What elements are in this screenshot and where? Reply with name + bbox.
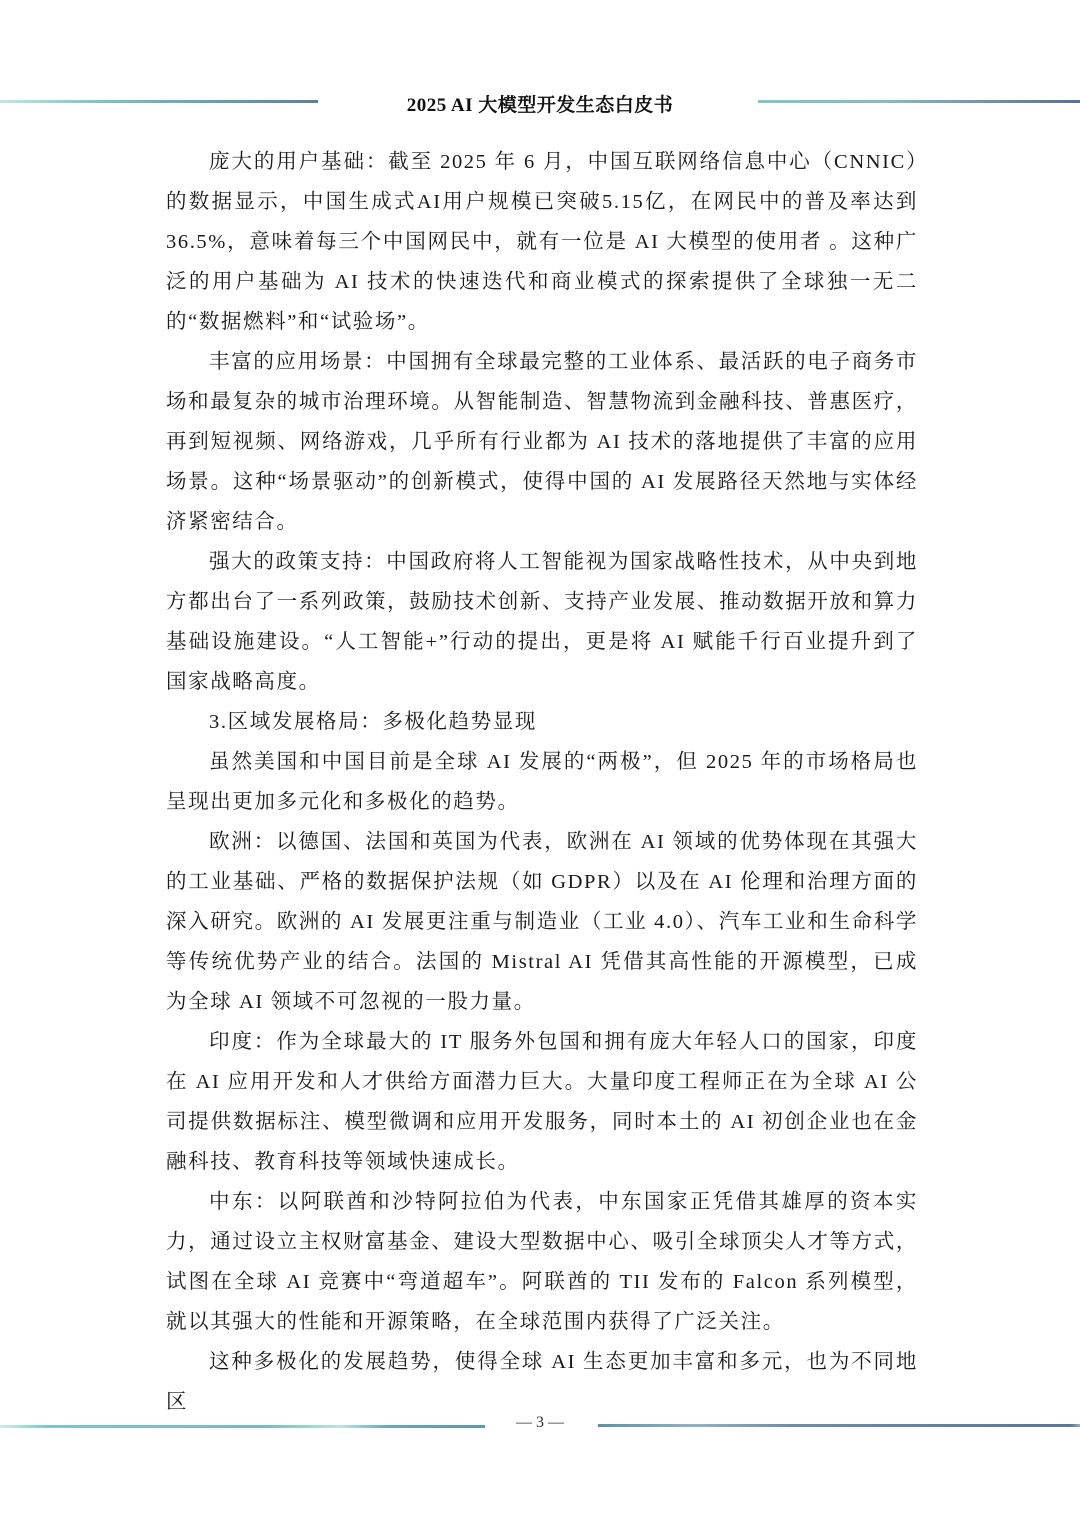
page-header-title: 2025 AI 大模型开发生态白皮书 [0,90,1080,117]
paragraph-multipolar-trend: 这种多极化的发展趋势，使得全球 AI 生态更加丰富和多元，也为不同地区 [166,1342,918,1422]
document-body: 庞大的用户基础：截至 2025 年 6 月，中国互联网络信息中心（CNNIC）的… [166,142,918,1422]
paragraph-multipolar-intro: 虽然美国和中国目前是全球 AI 发展的“两极”，但 2025 年的市场格局也呈现… [166,742,918,822]
paragraph-india: 印度：作为全球最大的 IT 服务外包国和拥有庞大年轻人口的国家，印度在 AI 应… [166,1022,918,1182]
paragraph-middle-east: 中东：以阿联酋和沙特阿拉伯为代表，中东国家正凭借其雄厚的资本实力，通过设立主权财… [166,1182,918,1342]
paragraph-application-scenarios: 丰富的应用场景：中国拥有全球最完整的工业体系、最活跃的电子商务市场和最复杂的城市… [166,342,918,542]
section-heading-regional-landscape: 3.区域发展格局：多极化趋势显现 [166,702,918,742]
page-number: — 3 — [0,1414,1080,1432]
paragraph-user-base: 庞大的用户基础：截至 2025 年 6 月，中国互联网络信息中心（CNNIC）的… [166,142,918,342]
header-rule-right [758,100,1080,103]
footer-rule-right [598,1424,1080,1427]
paragraph-policy-support: 强大的政策支持：中国政府将人工智能视为国家战略性技术，从中央到地方都出台了一系列… [166,542,918,702]
paragraph-europe: 欧洲：以德国、法国和英国为代表，欧洲在 AI 领域的优势体现在其强大的工业基础、… [166,822,918,1022]
